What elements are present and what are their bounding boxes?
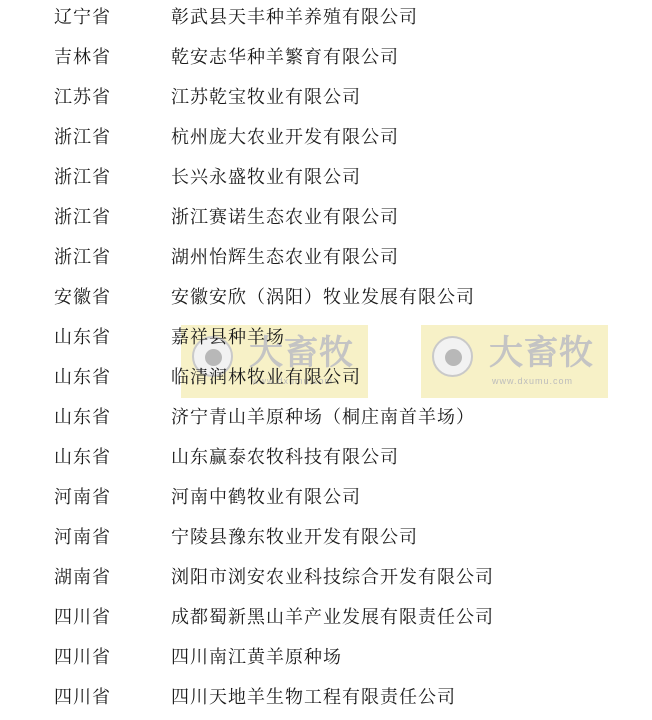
list-item: 吉林省 乾安志华种羊繁育有限公司 [0,38,652,78]
company-name: 宁陵县豫东牧业开发有限公司 [171,518,418,558]
province-name: 山东省 [54,438,111,478]
province-name: 江苏省 [54,78,111,118]
list-item: 湖南省 浏阳市浏安农业科技综合开发有限公司 [0,558,652,598]
company-name: 江苏乾宝牧业有限公司 [171,78,361,118]
list-item: 四川省 四川天地羊生物工程有限责任公司 [0,678,652,718]
province-name: 湖南省 [54,558,111,598]
company-name: 四川南江黄羊原种场 [171,638,342,678]
province-name: 四川省 [54,638,111,678]
list-item: 辽宁省 彰武县天丰种羊养殖有限公司 [0,0,652,38]
company-name: 山东赢泰农牧科技有限公司 [171,438,399,478]
company-name: 湖州怡辉生态农业有限公司 [171,238,399,278]
list-item: 浙江省 浙江赛诺生态农业有限公司 [0,198,652,238]
list-item: 山东省 山东赢泰农牧科技有限公司 [0,438,652,478]
company-name: 彰武县天丰种羊养殖有限公司 [171,0,418,38]
list-item: 山东省 济宁青山羊原种场（桐庄南首羊场） [0,398,652,438]
list-item: 江苏省 江苏乾宝牧业有限公司 [0,78,652,118]
province-name: 山东省 [54,398,111,438]
province-name: 安徽省 [54,278,111,318]
province-name: 吉林省 [54,38,111,78]
list-item: 浙江省 湖州怡辉生态农业有限公司 [0,238,652,278]
company-name: 长兴永盛牧业有限公司 [171,158,361,198]
company-name: 浙江赛诺生态农业有限公司 [171,198,399,238]
province-name: 浙江省 [54,198,111,238]
company-name: 河南中鹤牧业有限公司 [171,478,361,518]
province-name: 河南省 [54,518,111,558]
list-item: 四川省 成都蜀新黑山羊产业发展有限责任公司 [0,598,652,638]
list-item: 四川省 四川南江黄羊原种场 [0,638,652,678]
province-name: 四川省 [54,678,111,718]
list-item: 安徽省 安徽安欣（涡阳）牧业发展有限公司 [0,278,652,318]
company-name: 杭州庞大农业开发有限公司 [171,118,399,158]
company-name: 四川天地羊生物工程有限责任公司 [171,678,456,718]
province-name: 辽宁省 [54,0,111,38]
list-item: 河南省 宁陵县豫东牧业开发有限公司 [0,518,652,558]
list-item: 山东省 嘉祥县种羊场 [0,318,652,358]
province-name: 四川省 [54,598,111,638]
province-name: 山东省 [54,358,111,398]
province-name: 浙江省 [54,118,111,158]
company-name: 济宁青山羊原种场（桐庄南首羊场） [171,398,475,438]
province-name: 山东省 [54,318,111,358]
company-name: 嘉祥县种羊场 [171,318,285,358]
company-name: 临清润林牧业有限公司 [171,358,361,398]
list-item: 浙江省 杭州庞大农业开发有限公司 [0,118,652,158]
province-name: 浙江省 [54,238,111,278]
province-name: 河南省 [54,478,111,518]
list-item: 浙江省 长兴永盛牧业有限公司 [0,158,652,198]
company-name: 安徽安欣（涡阳）牧业发展有限公司 [171,278,475,318]
list-item: 河南省 河南中鹤牧业有限公司 [0,478,652,518]
province-name: 浙江省 [54,158,111,198]
company-name: 乾安志华种羊繁育有限公司 [171,38,399,78]
list-item: 山东省 临清润林牧业有限公司 [0,358,652,398]
company-name: 浏阳市浏安农业科技综合开发有限公司 [171,558,494,598]
company-name: 成都蜀新黑山羊产业发展有限责任公司 [171,598,494,638]
